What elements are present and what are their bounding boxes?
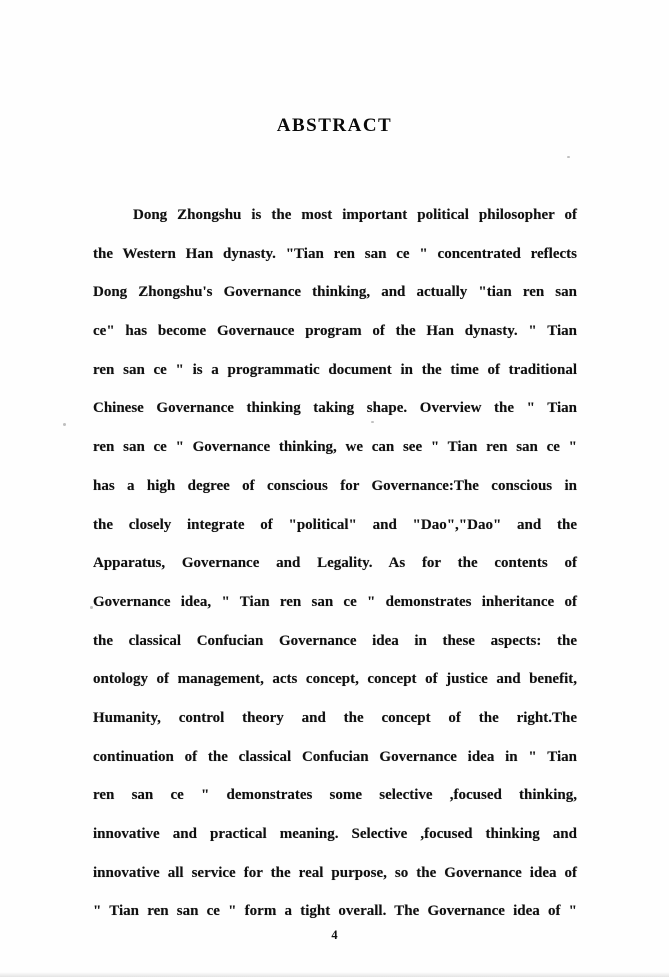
scanned-abstract-page: ABSTRACT Dong Zhongshu is the most impor… [0,0,669,977]
abstract-line: the Western Han dynasty. "Tian ren san c… [93,235,577,274]
abstract-line: continuation of the classical Confucian … [93,738,577,777]
scan-speck [371,421,374,423]
abstract-line: innovative all service for the real purp… [93,854,577,893]
abstract-line: ren san ce " is a programmatic document … [93,351,577,390]
abstract-line: ontology of management, acts concept, co… [93,660,577,699]
scan-speck [63,423,66,426]
abstract-line: ren san ce " demonstrates some selective… [93,776,577,815]
page-title: ABSTRACT [0,115,669,137]
abstract-line: innovative and practical meaning. Select… [93,815,577,854]
page-number: 4 [0,928,669,943]
abstract-line: Chinese Governance thinking taking shape… [93,389,577,428]
page-bottom-shadow [0,972,669,977]
scan-speck [90,606,93,609]
abstract-paragraph: Dong Zhongshu is the most important poli… [93,196,577,931]
scan-speck [567,156,570,158]
abstract-line: Apparatus, Governance and Legality. As f… [93,544,577,583]
abstract-line: ce" has become Governauce program of the… [93,312,577,351]
abstract-line: Governance idea, " Tian ren san ce " dem… [93,583,577,622]
abstract-line: Dong Zhongshu's Governance thinking, and… [93,273,577,312]
abstract-line: the closely integrate of "political" and… [93,506,577,545]
abstract-line: the classical Confucian Governance idea … [93,622,577,661]
abstract-line: " Tian ren san ce " form a tight overall… [93,892,577,931]
abstract-line: ren san ce " Governance thinking, we can… [93,428,577,467]
abstract-line: has a high degree of conscious for Gover… [93,467,577,506]
abstract-line: Dong Zhongshu is the most important poli… [93,196,577,235]
abstract-line: Humanity, control theory and the concept… [93,699,577,738]
